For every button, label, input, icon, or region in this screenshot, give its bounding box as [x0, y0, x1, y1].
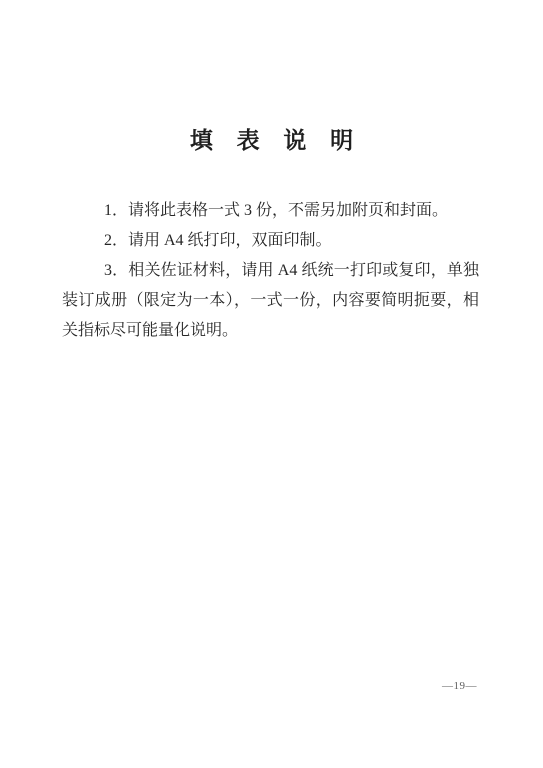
instructions-block: 1．请将此表格一式 3 份，不需另加附页和封面。 2．请用 A4 纸打印，双面印…: [62, 196, 479, 346]
instruction-item-1: 1．请将此表格一式 3 份，不需另加附页和封面。: [62, 196, 479, 226]
document-page: 填 表 说 明 1．请将此表格一式 3 份，不需另加附页和封面。 2．请用 A4…: [0, 0, 543, 768]
page-title: 填 表 说 明: [0, 122, 543, 155]
instruction-item-2: 2．请用 A4 纸打印，双面印制。: [62, 226, 479, 256]
instruction-item-3: 3．相关佐证材料，请用 A4 纸统一打印或复印，单独装订成册（限定为一本），一式…: [62, 256, 479, 346]
page-number: —19—: [442, 679, 477, 693]
